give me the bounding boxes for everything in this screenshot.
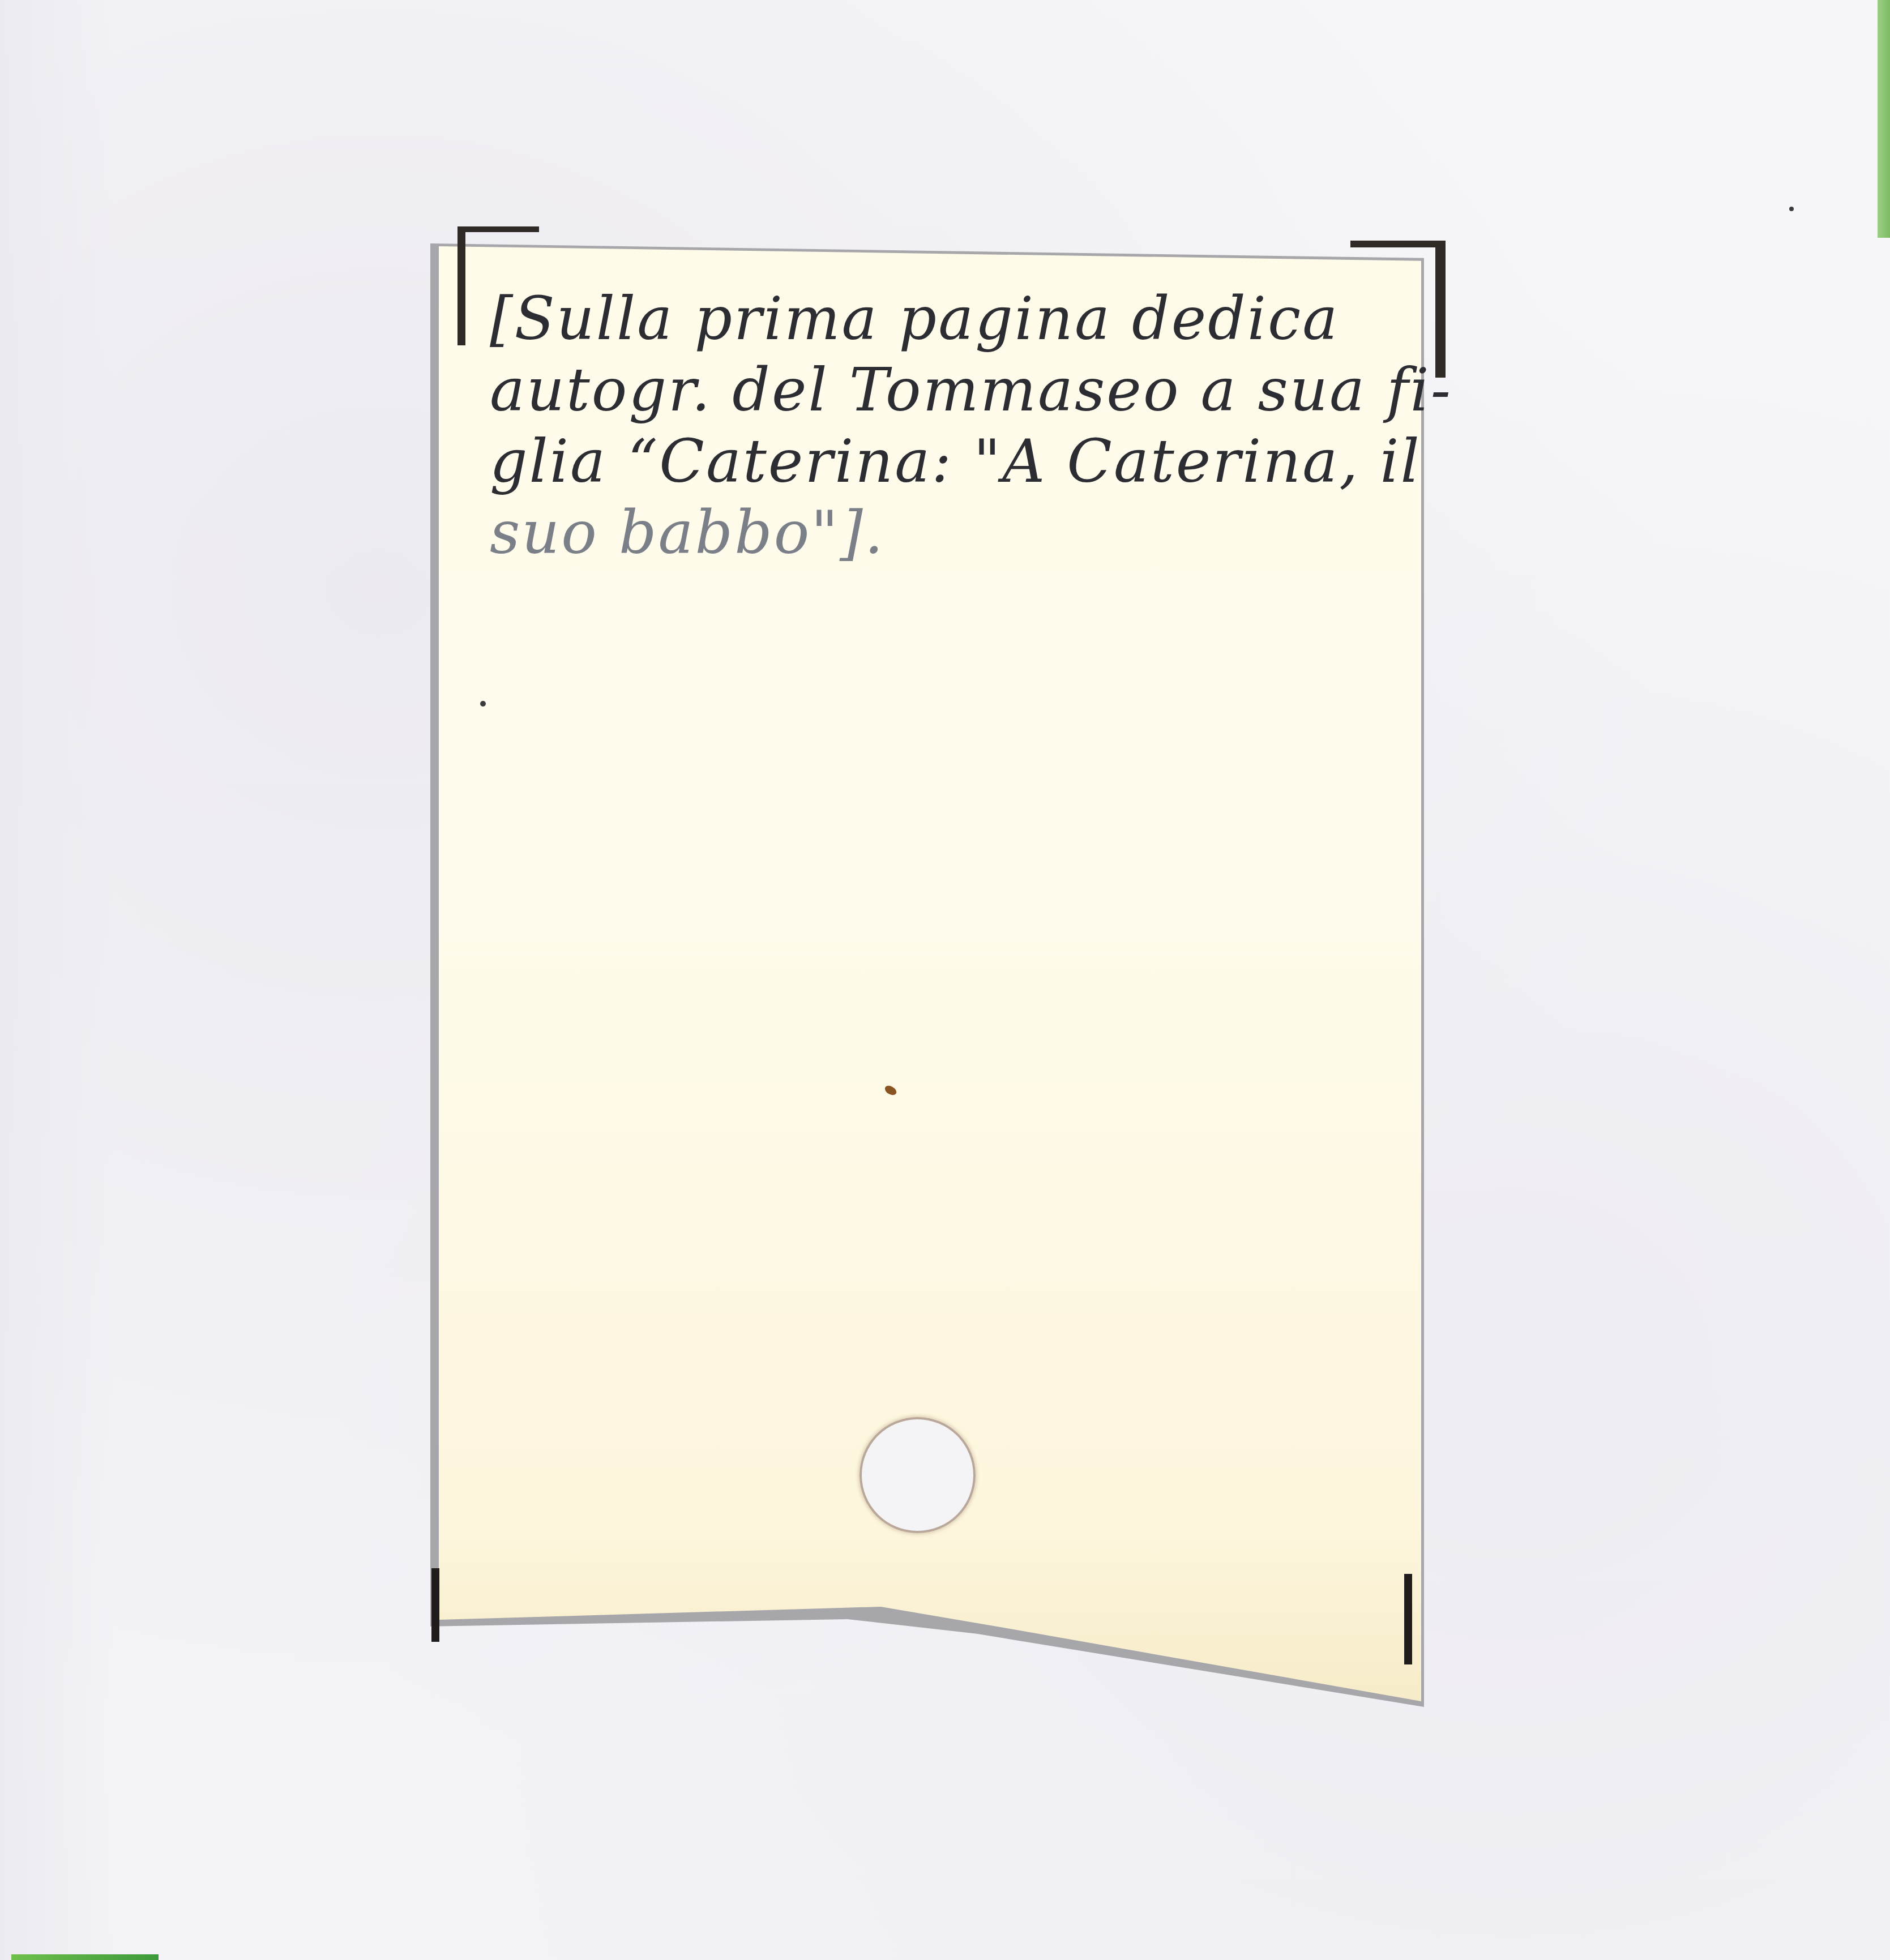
note-line-1: [Sulla prima pagina dedica xyxy=(490,283,1418,354)
mount-corner-bottom-right xyxy=(1404,1574,1412,1664)
green-edge-bottom xyxy=(11,1954,159,1960)
ink-dot xyxy=(480,701,486,707)
board-left-edge xyxy=(0,0,113,1960)
punch-hole xyxy=(860,1417,976,1533)
note-line-3: glia “Caterina: "A Caterina, il xyxy=(490,426,1418,497)
board-speck xyxy=(1789,207,1794,211)
note-line-2: autogr. del Tommaseo a sua fi- xyxy=(490,354,1418,426)
note-line-4: suo babbo"]. xyxy=(490,497,1418,568)
green-edge-right xyxy=(1878,0,1890,238)
mount-corner-bottom-left xyxy=(431,1568,439,1642)
handwritten-note: [Sulla prima pagina dedica autogr. del T… xyxy=(490,283,1418,568)
